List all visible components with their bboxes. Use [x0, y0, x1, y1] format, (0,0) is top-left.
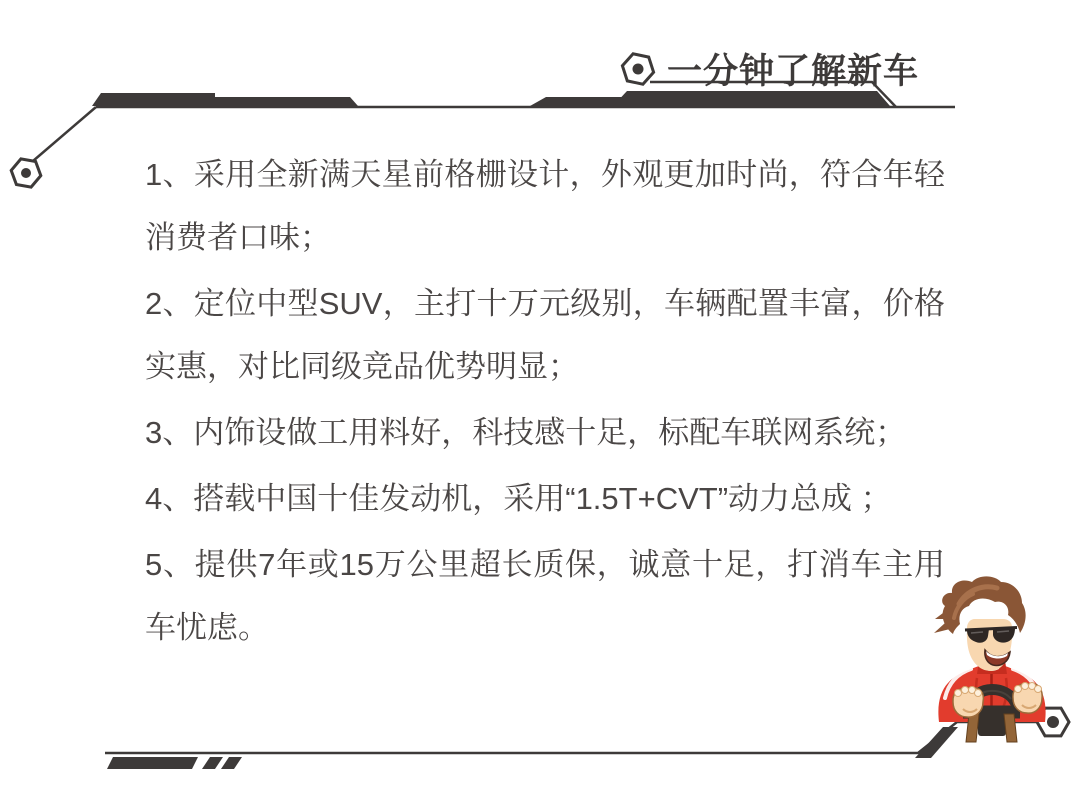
top-bar-left-1 — [92, 93, 215, 106]
bottom-border-decoration — [0, 700, 1080, 800]
infographic-card: 一分钟了解新车 1、采用全新满天星前格栅设计，外观更加时尚，符合年轻消费者口味；… — [0, 0, 1080, 800]
mascot-head — [934, 576, 1026, 670]
bottom-slash-2 — [221, 757, 242, 769]
bottom-slash-1 — [202, 757, 223, 769]
point-5: 5、提供7年或15万公里超长质保，诚意十足，打消车主用车忧虑。 — [145, 533, 945, 659]
top-bar-mid — [530, 97, 625, 106]
header: 一分钟了解新车 — [618, 44, 919, 94]
hex-bolt-icon — [618, 49, 658, 89]
point-3: 3、内饰设做工用料好，科技感十足，标配车联网系统； — [145, 401, 945, 464]
top-bar-left-2 — [215, 97, 358, 106]
point-4: 4、搭载中国十佳发动机，采用“1.5T+CVT”动力总成 ； — [145, 467, 945, 530]
bottom-line — [105, 722, 1036, 753]
hex-bolt-icon — [11, 159, 41, 187]
driver-mascot — [925, 570, 1055, 760]
article-points: 1、采用全新满天星前格栅设计，外观更加时尚，符合年轻消费者口味； 2、定位中型S… — [145, 143, 945, 662]
point-1: 1、采用全新满天星前格栅设计，外观更加时尚，符合年轻消费者口味； — [145, 143, 945, 269]
point-2: 2、定位中型SUV，主打十万元级别，车辆配置丰富，价格实惠，对比同级竞品优势明显… — [145, 272, 945, 398]
page-title: 一分钟了解新车 — [667, 44, 919, 94]
top-left-diagonal — [33, 107, 96, 161]
bottom-bar-left — [107, 757, 198, 769]
